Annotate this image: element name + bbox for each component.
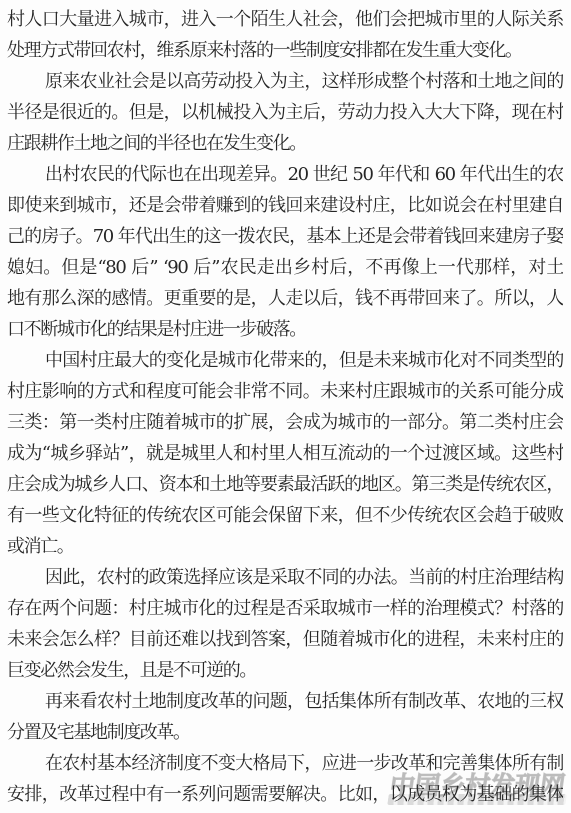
text-line: 再来看农村土地制度改革的问题，包括集体所有制改革、农地的三权 — [7, 686, 563, 717]
text-line: 因此，农村的政策选择应该是采取不同的办法。当前的村庄治理结构 — [7, 562, 563, 593]
text-line: 在农村基本经济制度不变大格局下，应进一步改革和完善集体所有制 — [7, 748, 563, 779]
text-line: 口不断城市化的结果是村庄进一步破落。 — [7, 314, 563, 345]
document-page: 村人口大量进入城市，进入一个陌生人社会，他们会把城市里的人际关系处理方式带回农村… — [0, 0, 571, 813]
text-line: 村庄影响的方式和程度可能会非常不同。未来村庄跟城市的关系可能分成 — [7, 376, 563, 407]
text-line: 存在两个问题：村庄城市化的过程是否采取城市一样的治理模式？村落的 — [7, 593, 563, 624]
text-line: 未来会怎么样？目前还难以找到答案，但随着城市化的进程，未来村庄的 — [7, 624, 563, 655]
text-line: 中国村庄最大的变化是城市化带来的，但是未来城市化对不同类型的 — [7, 345, 563, 376]
text-line: 或消亡。 — [7, 531, 563, 562]
text-line: 三类：第一类村庄随着城市的扩展，会成为城市的一部分。第二类村庄会 — [7, 407, 563, 438]
text-line: 即使来到城市，还是会带着赚到的钱回来建设村庄，比如说会在村里建自 — [7, 190, 563, 221]
text-line: 成为“城乡驿站”，就是城里人和村里人相互流动的一个过渡区域。这些村 — [7, 438, 563, 469]
text-line: 半径是很近的。但是，以机械投入为主后，劳动力投入大大下降，现在村 — [7, 97, 563, 128]
text-line: 巨变必然会发生，且是不可逆的。 — [7, 655, 563, 686]
text-line: 安排，改革过程中有一系列问题需要解决。比如，以成员权为基础的集体 — [7, 779, 563, 810]
text-line: 庄跟耕作土地之间的半径也在发生变化。 — [7, 128, 563, 159]
text-line: 处理方式带回农村，维系原来村落的一些制度安排都在发生重大变化。 — [7, 35, 563, 66]
text-line: 有一些文化特征的传统农区可能会保留下来，但不少传统农区会趋于破败 — [7, 500, 563, 531]
text-line: 庄会成为城乡人口、资本和土地等要素最活跃的地区。第三类是传统农区， — [7, 469, 563, 500]
text-line: 原来农业社会是以高劳动投入为主，这样形成整个村落和土地之间的 — [7, 66, 563, 97]
text-line: 地有那么深的感情。更重要的是，人走以后，钱不再带回来了。所以，人 — [7, 283, 563, 314]
page-text: 村人口大量进入城市，进入一个陌生人社会，他们会把城市里的人际关系处理方式带回农村… — [0, 0, 571, 810]
text-line: 村人口大量进入城市，进入一个陌生人社会，他们会把城市里的人际关系 — [7, 4, 563, 35]
text-line: 分置及宅基地制度改革。 — [7, 717, 563, 748]
text-line: 出村农民的代际也在出现差异。20 世纪 50 年代和 60 年代出生的农民， — [7, 159, 563, 190]
text-line: 媳妇。但是“80 后” ‘90 后”农民走出乡村后，不再像上一代那样，对土 — [7, 252, 563, 283]
text-line: 己的房子。70 年代出生的这一拨农民，基本上还是会带着钱回来建房子娶 — [7, 221, 563, 252]
